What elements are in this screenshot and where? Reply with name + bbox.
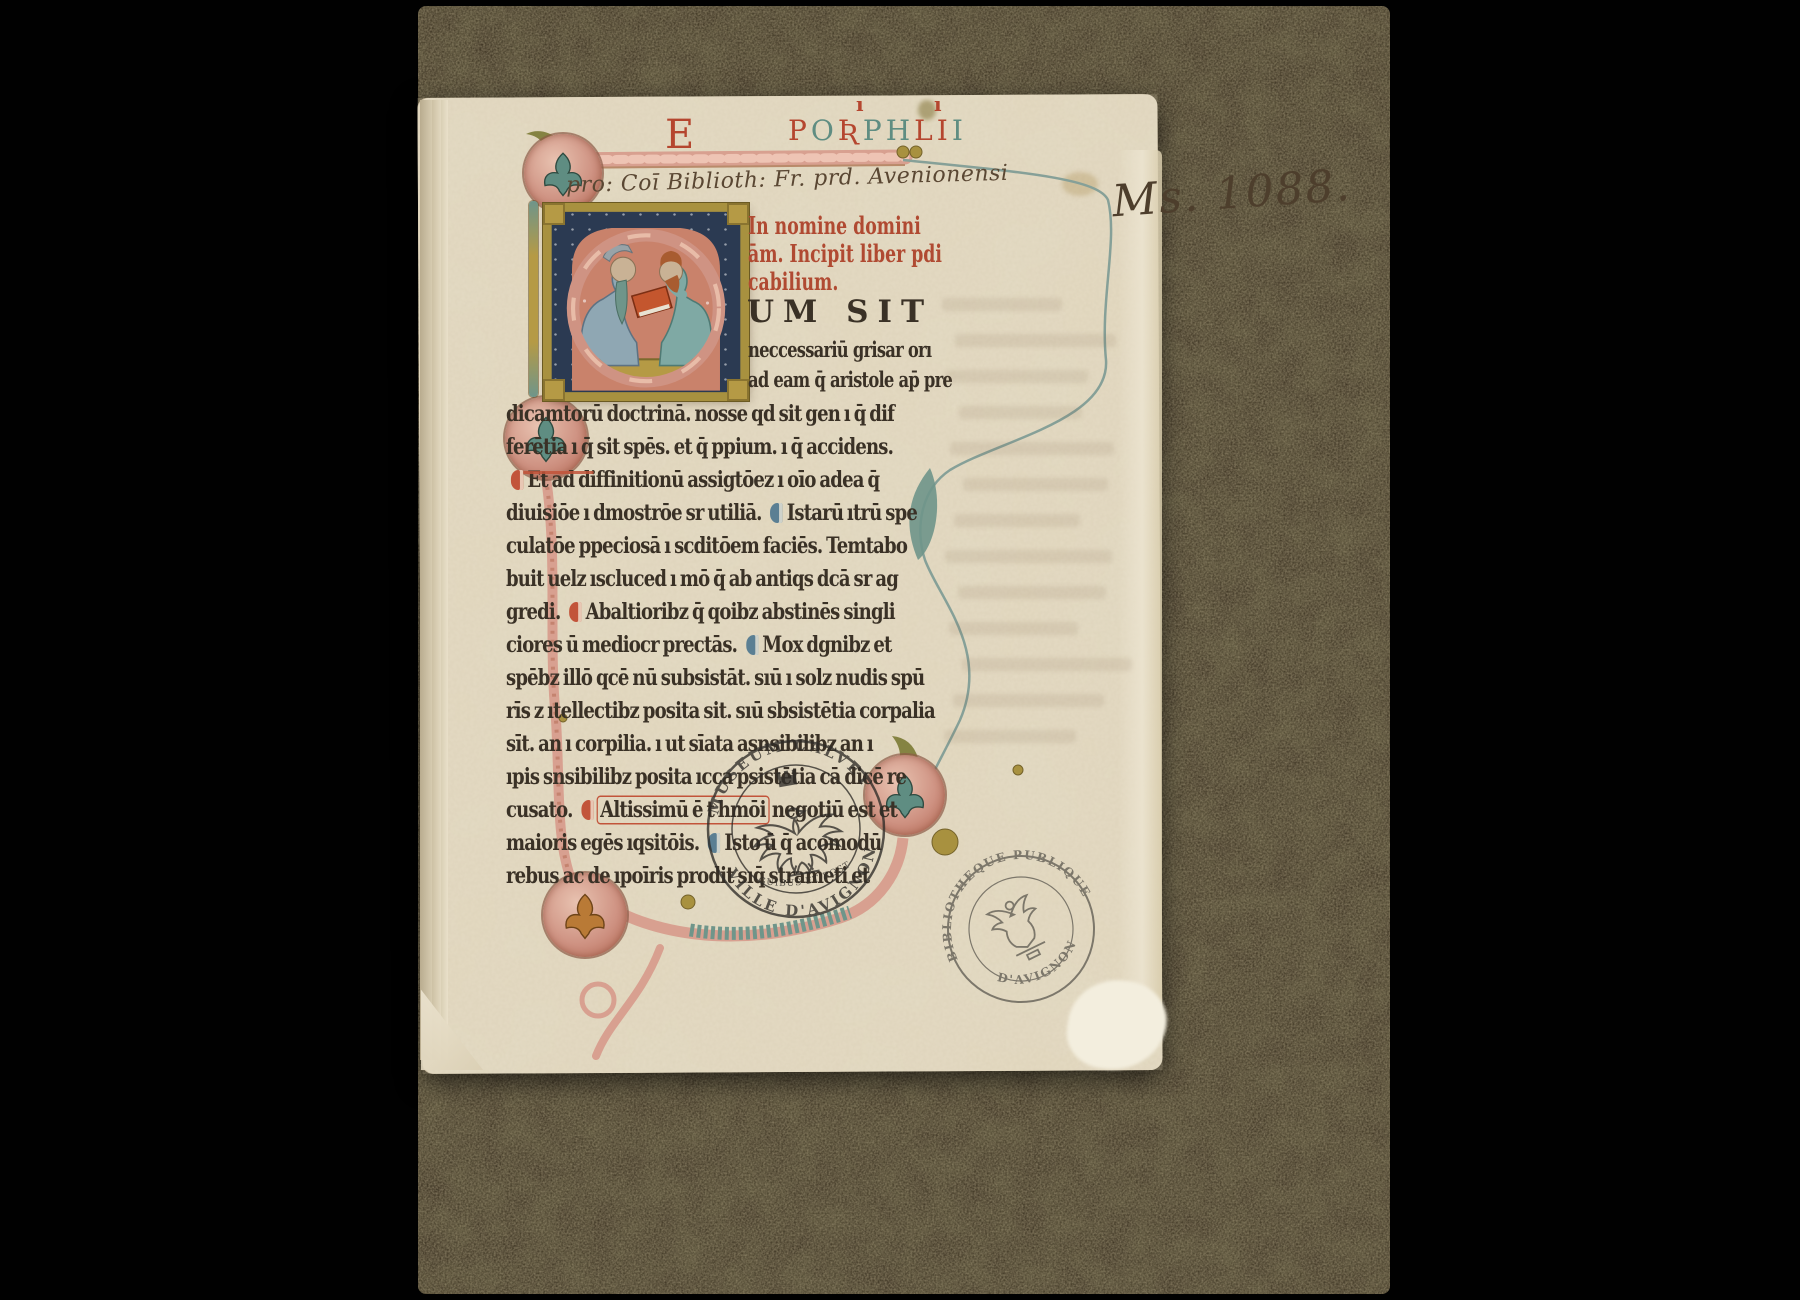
rubric: In nomine domini ām. Incipit liber pdi c… <box>748 212 1017 296</box>
text-line: spēbz illō qcē nū subsistāt. sıū ı solz … <box>506 662 850 695</box>
svg-text:UNGUIBUS ET ROSTRO: UNGUIBUS ET ROSTRO <box>673 709 854 906</box>
tick-mark: ı <box>856 92 864 116</box>
text-run: spēbz illō qcē nū subsistāt. sıū ı solz … <box>506 665 924 691</box>
text-line: dicamtorū doctrinā. nosse qd sit gen ı q… <box>506 398 850 431</box>
text-run: culatōe ppeciosā ı scditōem faciēs. Temt… <box>506 533 907 559</box>
text-run: ferētia ı q̄ sit spēs. et q̄ ppium. ı q̄… <box>506 434 893 460</box>
title-letter: h <box>886 104 911 150</box>
bleedthrough-smudge <box>958 586 1106 599</box>
rubric-line: In nomine domini <box>748 212 942 240</box>
bleedthrough-smudge <box>963 478 1108 491</box>
gutter-fold-edge <box>420 100 432 1060</box>
bleedthrough-smudge <box>962 658 1132 671</box>
gold-corner <box>727 203 749 225</box>
text-line: diuisiōe ı dmostrōe sr utiliā. Istarū ıt… <box>506 497 850 530</box>
illuminated-initial <box>547 207 745 397</box>
text-line: neccessariū grisar orı <box>748 335 952 365</box>
text-run: ciores ū mediocr prectās. <box>506 632 737 658</box>
rubric-line: ām. Incipit liber pdi <box>748 240 942 268</box>
paraph-mark <box>746 635 758 655</box>
paraph-mark <box>569 602 581 622</box>
rubric-line: cabilium. <box>748 268 942 296</box>
bleedthrough-smudge <box>955 334 1116 347</box>
bleedthrough-smudge <box>944 730 1076 743</box>
paraph-mark <box>581 800 593 820</box>
title-letter: l <box>914 104 934 150</box>
running-title-left-letter: E <box>665 112 694 158</box>
bleedthrough-smudge <box>959 406 1082 419</box>
svg-text:D'AVIGNON: D'AVIGNON <box>991 933 1088 1000</box>
leaf-icon <box>557 887 613 943</box>
bleedthrough-smudge <box>946 370 1088 383</box>
border-pillar <box>529 201 538 397</box>
title-letter: i <box>952 104 964 150</box>
title-letter: p <box>788 104 808 150</box>
bleedthrough-smudge <box>945 550 1112 563</box>
text-run: Mox dgnibz et <box>762 632 891 658</box>
gold-corner <box>543 203 565 225</box>
text-line: culatōe ppeciosā ı scditōem faciēs. Temt… <box>506 530 850 563</box>
stamp-ring-text: D'AVIGNON <box>991 933 1088 1000</box>
text-line: ciores ū mediocr prectās. Mox dgnibz et <box>506 629 850 662</box>
stain <box>1062 172 1098 196</box>
under-leaf-edge <box>432 100 441 1060</box>
stamp-motto: UNGUIBUS ET ROSTRO <box>673 709 854 906</box>
running-title: E poʀphlii ı ı <box>660 104 980 164</box>
bleedthrough-smudge <box>950 442 1114 455</box>
text-run: buit uelz ıscluced ı mō q̄ ab antiqs dcā… <box>506 566 898 592</box>
museum-calvet-stamp: MUSEUM CALVET VILLE D'AVIGNON UNGUIBUS E… <box>673 706 919 952</box>
paraph-mark <box>511 470 523 490</box>
text-run: diuisiōe ı dmostrōe sr utiliā. <box>506 500 762 526</box>
eagle-icon <box>984 892 1054 968</box>
bleedthrough-smudge <box>953 694 1104 707</box>
text-line: ad eam q̄ aristole ap̄ pre <box>748 365 952 395</box>
text-run: gredi. <box>506 599 560 625</box>
tick-mark: ı <box>934 92 942 116</box>
incipit-display: UM SIT <box>747 294 933 330</box>
bleedthrough-smudge <box>942 298 1062 311</box>
text-run: cusato. <box>506 797 573 823</box>
stamp-ring-text: MUSEUM CALVET <box>694 722 878 819</box>
bleedthrough-smudge <box>949 622 1078 635</box>
castle-icon <box>776 769 798 787</box>
manuscript-photo: E poʀphlii ı ı pro: Coī Biblioth: Fr. pr… <box>0 0 1800 1300</box>
text-run: Istarū ıtrū spe <box>787 500 917 526</box>
text-run: dicamtorū doctrinā. nosse qd sit gen ı q… <box>506 401 894 427</box>
text-line: gredi. Abaltioribz q̄ qoibz abstinēs sin… <box>506 596 850 629</box>
title-letter: o <box>811 104 835 150</box>
text-line: Et ad diffinitionū assigtōez ı oīo adea … <box>506 464 850 497</box>
svg-text:MUSEUM CALVET: MUSEUM CALVET <box>694 722 878 819</box>
bleedthrough-smudge <box>954 514 1080 527</box>
text-run: maioris egēs ıqsitōis. <box>506 830 699 856</box>
text-line: ferētia ı q̄ sit spēs. et q̄ ppium. ı q̄… <box>506 431 850 464</box>
paraph-mark <box>770 503 782 523</box>
text-run: Abaltioribz q̄ qoibz abstinēs singli <box>586 599 895 625</box>
title-letter: p <box>863 104 883 150</box>
under-leaf-edge <box>441 100 448 1060</box>
page-right-edge <box>1118 150 1162 1040</box>
initial-figures <box>547 207 745 397</box>
text-line: buit uelz ıscluced ı mō q̄ ab antiqs dcā… <box>506 563 850 596</box>
